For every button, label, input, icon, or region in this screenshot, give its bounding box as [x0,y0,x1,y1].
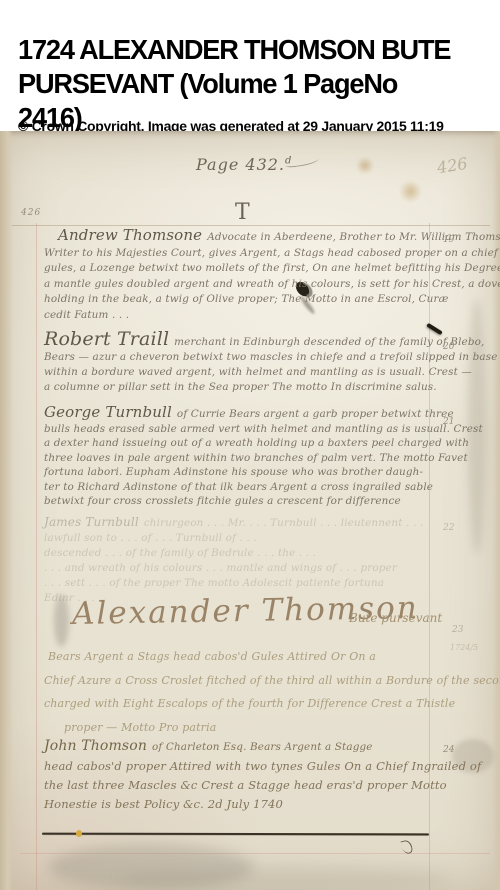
margin-number: 20 [443,342,454,352]
entry-john-thomson: John Thomsonof Charleton Esq. Bears Arge… [44,737,436,814]
margin-number: 21 [443,417,454,427]
entry-line: within a bordure waved argent, with helm… [44,365,436,380]
corner-pencil-note: 426 [436,154,469,178]
entry-line: charged with Eight Escalops of the fourt… [44,692,444,716]
scan-right-edge [492,131,500,890]
entry-line: ter to Richard Adinstone of that ilk bea… [44,480,436,495]
margin-line-left [36,223,37,890]
left-pencil-note: 426 [21,208,41,218]
entry-andrew-thomsone: Andrew ThomsoneAdvocate in Aberdeene, Br… [44,228,436,323]
record-page: 1724 ALEXANDER THOMSON BUTE PURSEVANT (V… [0,0,500,890]
entry-line: a columne or pillar sett in the Sea prop… [44,380,436,395]
page-header: 1724 ALEXANDER THOMSON BUTE PURSEVANT (V… [0,0,500,131]
entry-line: betwixt four cross crosslets fitchie gul… [44,494,436,509]
margin-date-note: 1724/5 [450,643,478,652]
entry-alexander-thomson: Alexander Thomson Bute pursevant [44,593,444,648]
entry-line: Chief Azure a Cross Croslet fitched of t… [44,669,444,693]
entry-line: Bears Argent a Stags head cabos'd Gules … [44,645,444,669]
entry-name: James Turnbull [44,515,139,529]
entry-line: three loaves in pale argent within two b… [44,451,436,466]
entry-text: chirurgeon . . . Mr. . . . Turnbull . . … [144,517,424,529]
entry-line: Writer to his Majesties Court, gives Arg… [44,246,436,262]
alexander-thomson-blazon: Bears Argent a Stags head cabos'd Gules … [44,645,444,739]
scan-left-edge [0,131,13,890]
signature-title: Bute pursevant [349,611,442,625]
entry-name: Robert Traill [44,328,169,350]
entry-text: Advocate in Aberdeene, Brother to Mr. Wi… [207,231,500,243]
entry-line: holding in the beak, a twig of Olive pro… [44,292,436,308]
entry-line: Honestie is best Policy &c. 2d July 1740 [44,795,436,814]
entry-line: Bears — azur a cheveron betwixt two masc… [44,350,436,365]
page-number-label: Page 432.d [196,155,292,174]
margin-number: 23 [452,625,463,635]
entry-line: proper — Motto Pro patria [44,716,444,740]
section-letter: T [235,200,250,225]
entry-line: a mantle gules doubled argent and wreath… [44,277,436,293]
page-number-text: Page 432. [196,155,285,174]
entry-line: gules, a Lozenge betwixt two mollets of … [44,261,436,277]
entry-line: a dexter hand issueing out of a wreath h… [44,436,436,451]
entry-text: merchant in Edinburgh descended of the f… [174,336,484,348]
entry-line: lawfull son to . . . of . . . Turnbull o… [44,531,436,546]
entry-text: of Charleton Esq. Bears Argent a Stagge [152,741,373,753]
paper-stain [399,181,422,202]
entry-text: of Currie Bears argent a garb proper bet… [177,408,454,420]
entry-line: . . . and wreath of his colours . . . ma… [44,561,436,576]
margin-number: 22 [443,523,454,533]
paper-stain [356,157,374,174]
entry-line: fortuna labori. Eupham Adinstone his spo… [44,465,436,480]
manuscript-image: Page 432.d 426 426 T Andrew ThomsoneAdvo… [0,131,500,890]
entry-george-turnbull: George Turnbullof Currie Bears argent a … [44,405,436,509]
entry-line: bulls heads erased sable armed vert with… [44,422,436,437]
entry-name: Andrew Thomsone [58,226,202,244]
entry-line: head cabos'd proper Attired with two tyn… [44,757,436,776]
entry-line: the last three Mascles &c Crest a Stagge… [44,776,436,795]
entry-line: cedit Fatum . . . [44,308,436,324]
entry-line: . . . sett . . . of the proper The motto… [44,576,436,591]
entry-robert-traill: Robert Traillmerchant in Edinburgh desce… [44,332,436,395]
paper-spot [76,830,82,837]
margin-number: 19 [443,235,454,245]
ink-rule-line [42,833,429,836]
bottom-smudge [120,866,450,890]
entry-line: descended . . . of the family of Bedrule… [44,546,436,561]
entry-name: George Turnbull [44,403,172,421]
entry-name: John Thomson [44,738,147,754]
margin-number: 24 [443,745,454,755]
